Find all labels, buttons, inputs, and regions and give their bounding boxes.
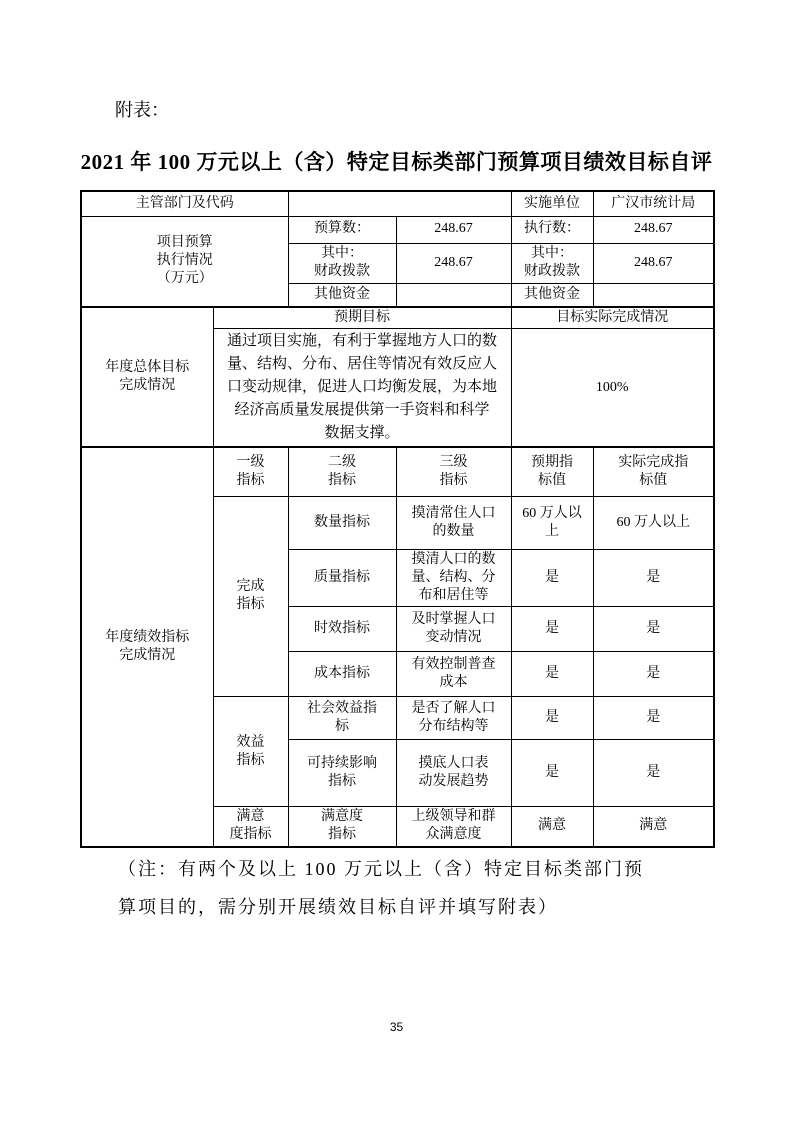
header-level2: 二级 指标: [288, 447, 396, 496]
budget-row-label: 执行数：: [511, 216, 593, 243]
level3-indicator: 是否了解人口 分布结构等: [396, 697, 511, 740]
budget-row-label: 预算数：: [288, 216, 396, 243]
actual-value: 满意: [593, 807, 714, 847]
actual-value: 60 万人以上: [593, 496, 714, 549]
actual-value: 是: [593, 549, 714, 607]
level3-indicator: 摸清常住人口 的数量: [396, 496, 511, 549]
actual-goal-value: 100%: [511, 329, 714, 448]
header-level3: 三级 指标: [396, 447, 511, 496]
actual-value: 是: [593, 652, 714, 697]
indicators-section-label: 年度绩效指标 完成情况: [81, 447, 213, 846]
dept-code-label: 主管部门及代码: [81, 191, 288, 216]
level2-indicator: 可持续影响 指标: [288, 740, 396, 807]
footnote: （注：有两个及以上 100 万元以上（含）特定目标类部门预 算项目的，需分别开展…: [118, 850, 698, 926]
budget-row-value: [593, 283, 714, 307]
header-actual: 实际完成指 标值: [593, 447, 714, 496]
impl-unit-label: 实施单位: [511, 191, 593, 216]
level3-indicator: 有效控制普查 成本: [396, 652, 511, 697]
level3-indicator: 摸底人口表 动发展趋势: [396, 740, 511, 807]
attachment-label: 附表：: [115, 96, 169, 122]
header-expected: 预期指 标值: [511, 447, 593, 496]
dept-code-value: [288, 191, 511, 216]
budget-row-label: 其他资金: [288, 283, 396, 307]
footnote-line2: 算项目的，需分别开展绩效目标自评并填写附表）: [118, 888, 698, 926]
expected-value: 是: [511, 740, 593, 807]
actual-value: 是: [593, 607, 714, 652]
budget-row-label: 其中： 财政拨款: [288, 243, 396, 283]
level3-indicator: 及时掌握人口 变动情况: [396, 607, 511, 652]
expected-value: 60 万人以 上: [511, 496, 593, 549]
annual-goal-section-label: 年度总体目标 完成情况: [81, 307, 213, 447]
actual-goal-header: 目标实际完成情况: [511, 307, 714, 329]
level2-indicator: 社会效益指 标: [288, 697, 396, 740]
level1-satisfaction: 满意 度指标: [213, 807, 288, 847]
level2-indicator: 质量指标: [288, 549, 396, 607]
level2-indicator: 时效指标: [288, 607, 396, 652]
level1-completion: 完成 指标: [213, 496, 288, 697]
budget-row-value: [396, 283, 511, 307]
self-evaluation-table: 主管部门及代码 实施单位 广汉市统计局 项目预算 执行情况 （万元） 预算数： …: [80, 190, 715, 848]
expected-value: 是: [511, 607, 593, 652]
level2-indicator: 满意度 指标: [288, 807, 396, 847]
budget-row-label: 其他资金: [511, 283, 593, 307]
budget-row-value: 248.67: [396, 216, 511, 243]
level2-indicator: 数量指标: [288, 496, 396, 549]
expected-goal-text: 通过项目实施，有利于掌握地方人口的数 量、结构、分布、居住等情况有效反应人 口变…: [213, 329, 511, 448]
level3-indicator: 上级领导和群 众满意度: [396, 807, 511, 847]
expected-goal-header: 预期目标: [213, 307, 511, 329]
page-number: 35: [0, 1020, 793, 1034]
budget-row-value: 248.67: [593, 216, 714, 243]
level3-indicator: 摸清人口的数 量、结构、分 布和居住等: [396, 549, 511, 607]
expected-value: 是: [511, 697, 593, 740]
impl-unit-value: 广汉市统计局: [593, 191, 714, 216]
actual-value: 是: [593, 740, 714, 807]
expected-value: 是: [511, 652, 593, 697]
page-title: 2021 年 100 万元以上（含）特定目标类部门预算项目绩效目标自评: [0, 146, 793, 176]
expected-value: 是: [511, 549, 593, 607]
expected-value: 满意: [511, 807, 593, 847]
level2-indicator: 成本指标: [288, 652, 396, 697]
document-page: 附表： 2021 年 100 万元以上（含）特定目标类部门预算项目绩效目标自评 …: [0, 0, 793, 1122]
budget-row-label: 其中： 财政拨款: [511, 243, 593, 283]
budget-section-label: 项目预算 执行情况 （万元）: [81, 216, 288, 307]
footnote-line1: （注：有两个及以上 100 万元以上（含）特定目标类部门预: [118, 850, 698, 888]
actual-value: 是: [593, 697, 714, 740]
level1-benefit: 效益 指标: [213, 697, 288, 807]
budget-row-value: 248.67: [593, 243, 714, 283]
budget-row-value: 248.67: [396, 243, 511, 283]
header-level1: 一级 指标: [213, 447, 288, 496]
